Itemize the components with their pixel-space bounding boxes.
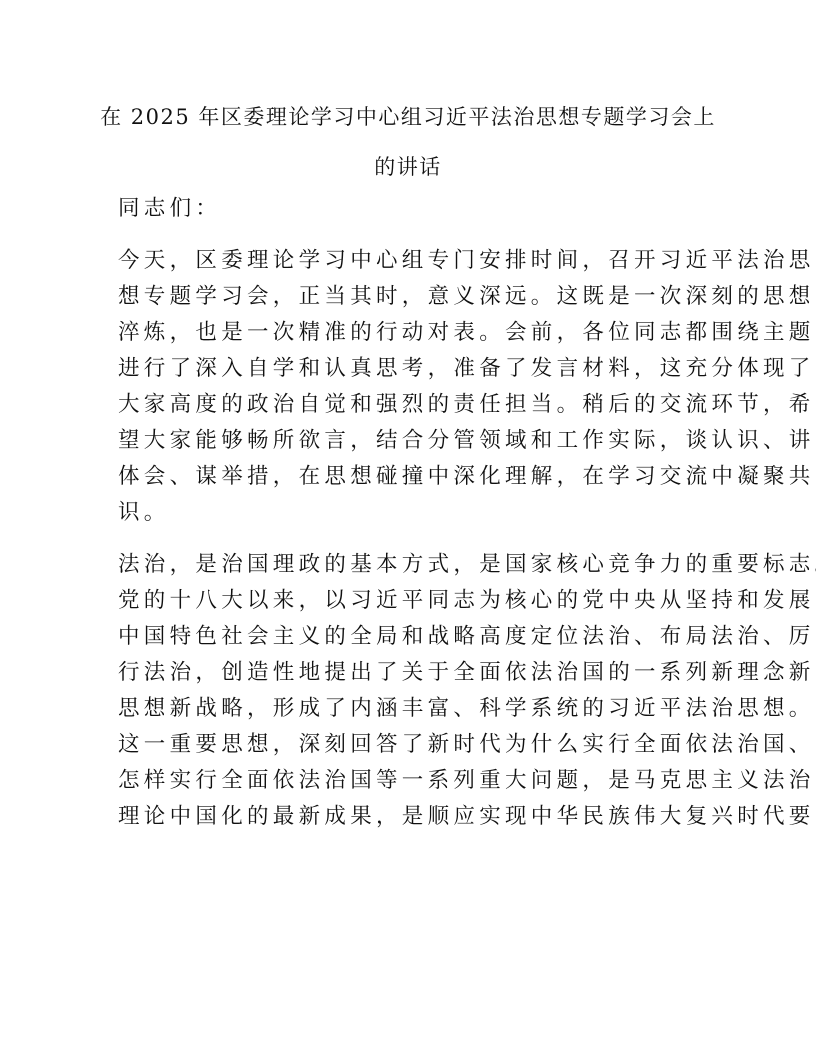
text-line: 这一重要思想，深刻回答了新时代为什么实行全面依法治国、 — [118, 727, 718, 763]
text-line: 今天，区委理论学习中心组专门安排时间，召开习近平法治思 — [118, 243, 718, 279]
text-line: 中国特色社会主义的全局和战略高度定位法治、布局法治、厉 — [118, 619, 718, 655]
salutation: 同志们： — [118, 191, 718, 227]
paragraph-rule-of-law: 法治，是治国理政的基本方式，是国家核心竞争力的重要标志。 党的十八大以来，以习近… — [118, 547, 718, 835]
text-line: 淬炼，也是一次精准的行动对表。会前，各位同志都围绕主题 — [118, 315, 718, 351]
document-title: 在 2025 年区委理论学习中心组习近平法治思想专题学习会上 的讲话 — [100, 92, 716, 192]
title-line: 在 2025 年区委理论学习中心组习近平法治思想专题学习会上 — [100, 92, 716, 142]
document-page: 在 2025 年区委理论学习中心组习近平法治思想专题学习会上 的讲话 同志们： … — [0, 0, 816, 1056]
title-line: 的讲话 — [100, 142, 716, 192]
text-line: 思想新战略，形成了内涵丰富、科学系统的习近平法治思想。 — [118, 691, 718, 727]
text-line: 法治，是治国理政的基本方式，是国家核心竞争力的重要标志。 — [118, 547, 718, 583]
text-line: 行法治，创造性地提出了关于全面依法治国的一系列新理念新 — [118, 655, 718, 691]
document-body: 同志们： 今天，区委理论学习中心组专门安排时间，召开习近平法治思 想专题学习会，… — [118, 191, 718, 851]
text-line: 识。 — [118, 495, 718, 531]
text-line: 体会、谋举措，在思想碰撞中深化理解，在学习交流中凝聚共 — [118, 459, 718, 495]
text-line: 理论中国化的最新成果，是顺应实现中华民族伟大复兴时代要 — [118, 799, 718, 835]
salutation-text: 同志们： — [118, 191, 718, 227]
text-line: 党的十八大以来，以习近平同志为核心的党中央从坚持和发展 — [118, 583, 718, 619]
text-line: 进行了深入自学和认真思考，准备了发言材料，这充分体现了 — [118, 351, 718, 387]
paragraph-opening: 今天，区委理论学习中心组专门安排时间，召开习近平法治思 想专题学习会，正当其时，… — [118, 243, 718, 531]
text-line: 想专题学习会，正当其时，意义深远。这既是一次深刻的思想 — [118, 279, 718, 315]
text-line: 大家高度的政治自觉和强烈的责任担当。稍后的交流环节，希 — [118, 387, 718, 423]
text-line: 怎样实行全面依法治国等一系列重大问题，是马克思主义法治 — [118, 763, 718, 799]
text-line: 望大家能够畅所欲言，结合分管领域和工作实际，谈认识、讲 — [118, 423, 718, 459]
